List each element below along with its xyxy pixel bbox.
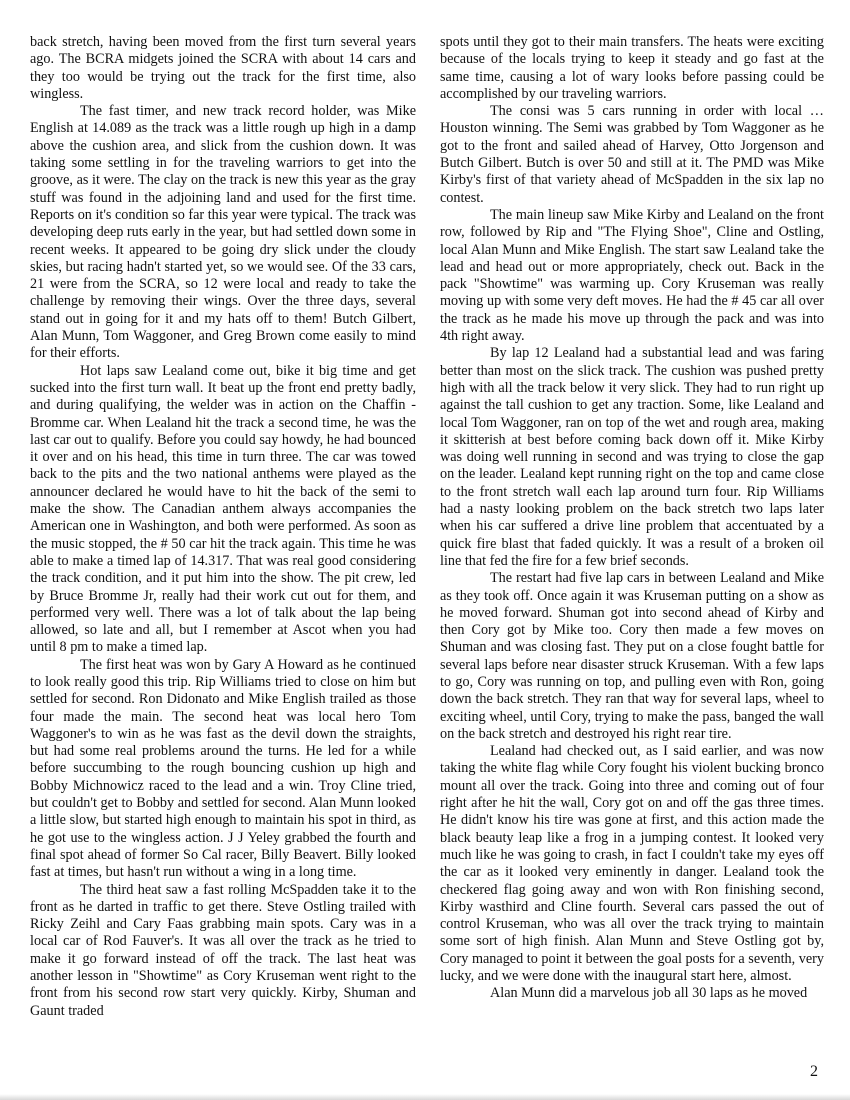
paragraph: By lap 12 Lealand had a substantial lead… — [440, 345, 824, 570]
paragraph: The restart had five lap cars in between… — [440, 570, 824, 743]
scan-edge-divider — [0, 1094, 850, 1100]
document-page: back stretch, having been moved from the… — [0, 0, 850, 1100]
paragraph: Hot laps saw Lealand come out, bike it b… — [30, 363, 416, 657]
paragraph: The third heat saw a fast rolling McSpad… — [30, 882, 416, 1020]
left-column: back stretch, having been moved from the… — [30, 34, 416, 1020]
paragraph: Lealand had checked out, as I said earli… — [440, 743, 824, 985]
paragraph: The main lineup saw Mike Kirby and Leala… — [440, 207, 824, 345]
paragraph: The fast timer, and new track record hol… — [30, 103, 416, 362]
paragraph: Alan Munn did a marvelous job all 30 lap… — [440, 985, 824, 1002]
paragraph: The first heat was won by Gary A Howard … — [30, 657, 416, 882]
paragraph: The consi was 5 cars running in order wi… — [440, 103, 824, 207]
paragraph: back stretch, having been moved from the… — [30, 34, 416, 103]
right-column: spots until they got to their main trans… — [440, 34, 824, 1003]
paragraph: spots until they got to their main trans… — [440, 34, 824, 103]
page-number: 2 — [810, 1063, 818, 1081]
